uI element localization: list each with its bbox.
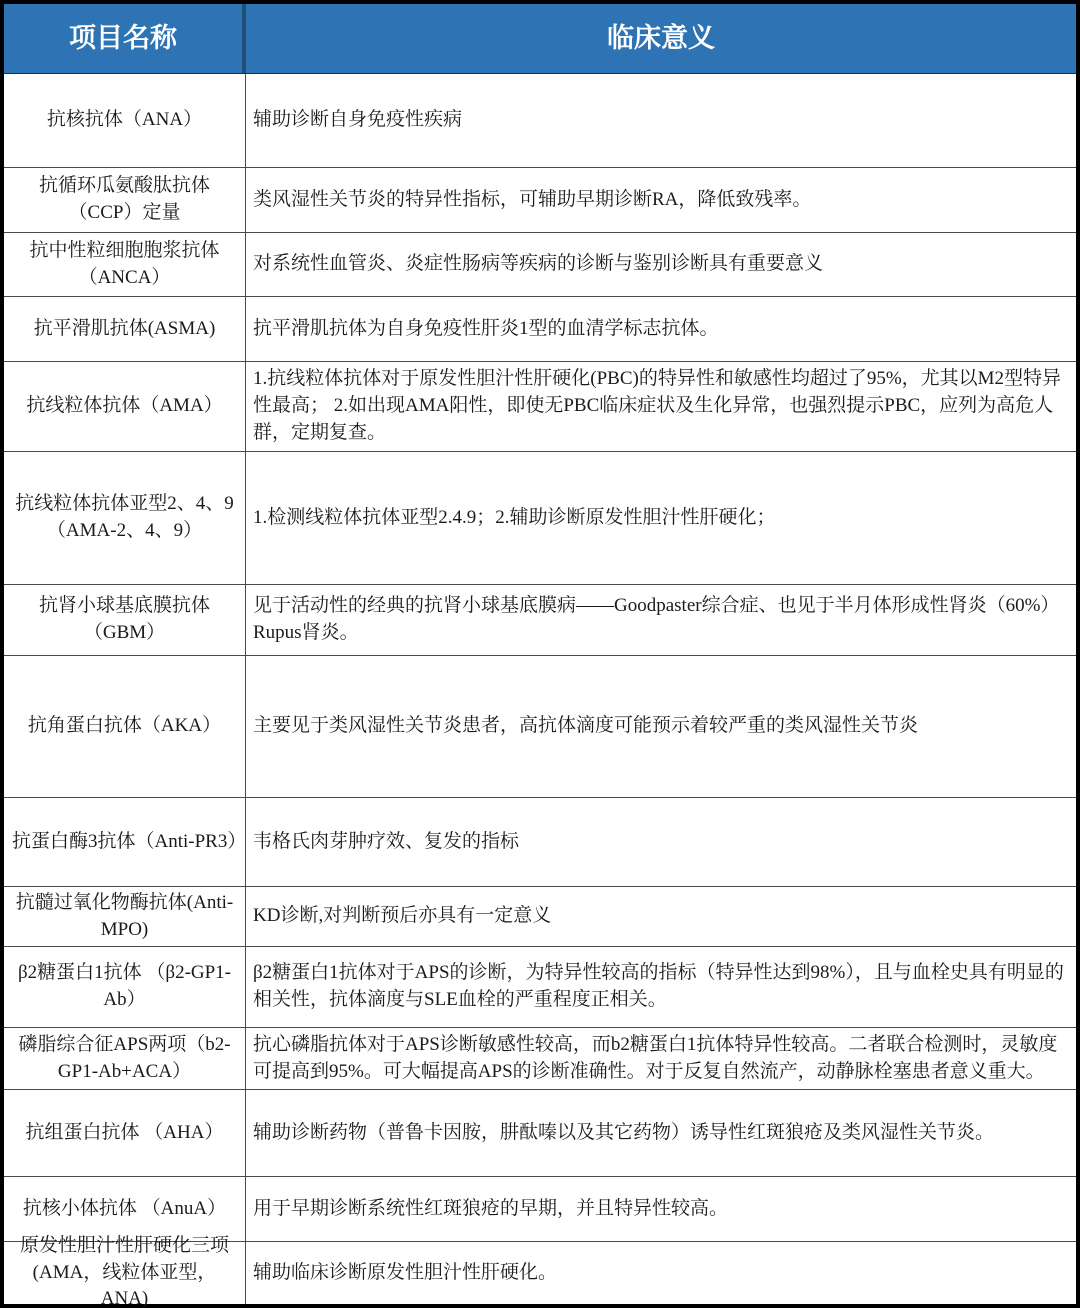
clinical-significance-cell: 用于早期诊断系统性红斑狼疮的早期，并且特异性较高。 (246, 1177, 1076, 1241)
table-row: 磷脂综合征APS两项（b2-GP1-Ab+ACA）抗心磷脂抗体对于APS诊断敏感… (4, 1028, 1076, 1090)
test-name-cell: 抗核抗体（ANA） (4, 74, 246, 167)
test-name-cell: β2糖蛋白1抗体 （β2-GP1-Ab） (4, 947, 246, 1027)
clinical-significance-cell: 主要见于类风湿性关节炎患者，高抗体滴度可能预示着较严重的类风湿性关节炎 (246, 656, 1076, 797)
clinical-significance-cell: 辅助诊断药物（普鲁卡因胺，肼酞嗪以及其它药物）诱导性红斑狼疮及类风湿性关节炎。 (246, 1090, 1076, 1176)
table-row: 原发性胆汁性肝硬化三项(AMA，线粒体亚型，ANA)辅助临床诊断原发性胆汁性肝硬… (4, 1242, 1076, 1304)
test-name-cell: 抗髓过氧化物酶抗体(Anti-MPO) (4, 887, 246, 946)
clinical-significance-cell: 抗心磷脂抗体对于APS诊断敏感性较高，而b2糖蛋白1抗体特异性较高。二者联合检测… (246, 1028, 1076, 1089)
clinical-significance-cell: 辅助诊断自身免疫性疾病 (246, 74, 1076, 167)
page: 项目名称 临床意义 抗核抗体（ANA）辅助诊断自身免疫性疾病抗循环瓜氨酸肽抗体（… (0, 0, 1080, 1308)
table-row: 抗角蛋白抗体（AKA）主要见于类风湿性关节炎患者，高抗体滴度可能预示着较严重的类… (4, 656, 1076, 798)
test-name-cell: 抗线粒体抗体（AMA） (4, 362, 246, 451)
table-row: 抗线粒体抗体亚型2、4、9 （AMA-2、4、9）1.检测线粒体抗体亚型2.4.… (4, 452, 1076, 585)
table-row: 抗组蛋白抗体 （AHA）辅助诊断药物（普鲁卡因胺，肼酞嗪以及其它药物）诱导性红斑… (4, 1090, 1076, 1177)
table-row: 抗蛋白酶3抗体（Anti-PR3）韦格氏肉芽肿疗效、复发的指标 (4, 798, 1076, 887)
test-name-cell: 抗中性粒细胞胞浆抗体（ANCA） (4, 233, 246, 296)
clinical-significance-cell: 见于活动性的经典的抗肾小球基底膜病——Goodpaster综合症、也见于半月体形… (246, 585, 1076, 655)
test-name-cell: 抗线粒体抗体亚型2、4、9 （AMA-2、4、9） (4, 452, 246, 584)
test-name-cell: 磷脂综合征APS两项（b2-GP1-Ab+ACA） (4, 1028, 246, 1089)
table-row: 抗循环瓜氨酸肽抗体（CCP）定量类风湿性关节炎的特异性指标，可辅助早期诊断RA，… (4, 168, 1076, 233)
clinical-significance-cell: 辅助临床诊断原发性胆汁性肝硬化。 (246, 1242, 1076, 1304)
test-name-cell: 抗组蛋白抗体 （AHA） (4, 1090, 246, 1176)
column-header-project-name: 项目名称 (4, 4, 246, 73)
clinical-significance-cell: 1.检测线粒体抗体亚型2.4.9；2.辅助诊断原发性胆汁性肝硬化； (246, 452, 1076, 584)
test-name-cell: 抗角蛋白抗体（AKA） (4, 656, 246, 797)
table-row: 抗髓过氧化物酶抗体(Anti-MPO)KD诊断,对判断预后亦具有一定意义 (4, 887, 1076, 947)
test-name-cell: 抗核小体抗体 （AnuA） (4, 1177, 246, 1241)
test-name-cell: 原发性胆汁性肝硬化三项(AMA，线粒体亚型，ANA) (4, 1242, 246, 1304)
clinical-significance-cell: β2糖蛋白1抗体对于APS的诊断，为特异性较高的指标（特异性达到98%），且与血… (246, 947, 1076, 1027)
table-row: β2糖蛋白1抗体 （β2-GP1-Ab）β2糖蛋白1抗体对于APS的诊断，为特异… (4, 947, 1076, 1028)
clinical-significance-cell: 韦格氏肉芽肿疗效、复发的指标 (246, 798, 1076, 886)
test-name-cell: 抗循环瓜氨酸肽抗体（CCP）定量 (4, 168, 246, 232)
table-body: 抗核抗体（ANA）辅助诊断自身免疫性疾病抗循环瓜氨酸肽抗体（CCP）定量类风湿性… (4, 74, 1076, 1304)
column-header-clinical-significance: 临床意义 (246, 4, 1076, 73)
table-row: 抗核抗体（ANA）辅助诊断自身免疫性疾病 (4, 74, 1076, 168)
lab-test-table: 项目名称 临床意义 抗核抗体（ANA）辅助诊断自身免疫性疾病抗循环瓜氨酸肽抗体（… (0, 0, 1080, 1308)
test-name-cell: 抗平滑肌抗体(ASMA) (4, 297, 246, 361)
table-row: 抗线粒体抗体（AMA）1.抗线粒体抗体对于原发性胆汁性肝硬化(PBC)的特异性和… (4, 362, 1076, 452)
clinical-significance-cell: 抗平滑肌抗体为自身免疫性肝炎1型的血清学标志抗体。 (246, 297, 1076, 361)
test-name-cell: 抗肾小球基底膜抗体（GBM） (4, 585, 246, 655)
table-row: 抗肾小球基底膜抗体（GBM）见于活动性的经典的抗肾小球基底膜病——Goodpas… (4, 585, 1076, 656)
clinical-significance-cell: 1.抗线粒体抗体对于原发性胆汁性肝硬化(PBC)的特异性和敏感性均超过了95%，… (246, 362, 1076, 451)
clinical-significance-cell: 对系统性血管炎、炎症性肠病等疾病的诊断与鉴别诊断具有重要意义 (246, 233, 1076, 296)
table-row: 抗平滑肌抗体(ASMA)抗平滑肌抗体为自身免疫性肝炎1型的血清学标志抗体。 (4, 297, 1076, 362)
table-header-row: 项目名称 临床意义 (4, 4, 1076, 74)
clinical-significance-cell: 类风湿性关节炎的特异性指标，可辅助早期诊断RA，降低致残率。 (246, 168, 1076, 232)
test-name-cell: 抗蛋白酶3抗体（Anti-PR3） (4, 798, 246, 886)
table-row: 抗中性粒细胞胞浆抗体（ANCA）对系统性血管炎、炎症性肠病等疾病的诊断与鉴别诊断… (4, 233, 1076, 297)
clinical-significance-cell: KD诊断,对判断预后亦具有一定意义 (246, 887, 1076, 946)
